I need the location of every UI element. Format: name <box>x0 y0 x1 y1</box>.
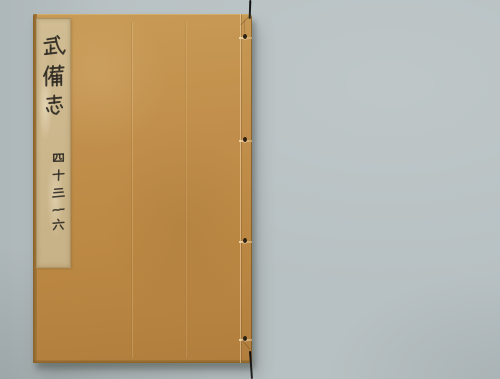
book-cover: 武備志 四十三〜六 <box>33 14 252 363</box>
stitch-hole <box>243 137 247 142</box>
title-char-zhi <box>42 93 66 120</box>
photo-description: Photograph of a traditional stitch-bound… <box>0 0 1 1</box>
volume-char-six <box>51 218 66 234</box>
cover-crease <box>131 22 133 358</box>
title-text: 武備志 <box>37 33 38 34</box>
spine-fold-line <box>240 14 242 363</box>
volume-char-four <box>51 150 66 166</box>
stitch-hole <box>243 34 247 39</box>
volume-range-dash <box>51 204 66 216</box>
volume-char-three <box>51 186 66 202</box>
binding-thread-bottom <box>249 351 253 379</box>
volume-char-ten <box>51 168 66 184</box>
title-char-bi <box>42 63 66 90</box>
corner-wear-mark <box>244 20 245 33</box>
photo-backdrop: Photograph of a traditional stitch-bound… <box>0 0 500 379</box>
cover-crease <box>185 22 187 358</box>
stitch-hole <box>243 238 247 243</box>
title-char-wu <box>42 33 66 60</box>
volume-text: 四十三〜六 <box>37 33 38 34</box>
book-bottom-edge <box>33 360 252 363</box>
title-label: 武備志 四十三〜六 <box>36 18 71 268</box>
